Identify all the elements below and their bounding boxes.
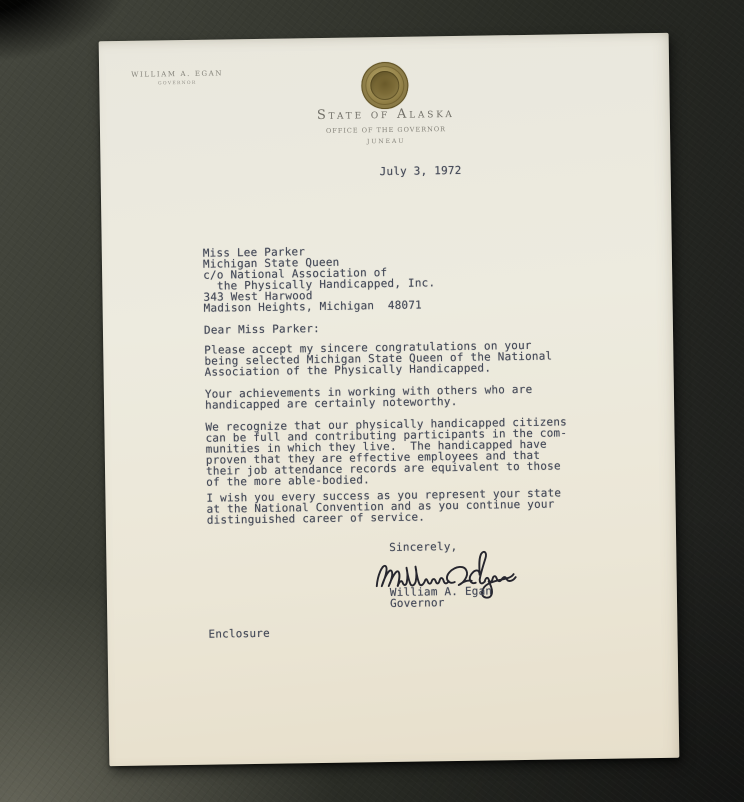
enclosure-note: Enclosure	[208, 628, 270, 640]
letter-paper: WILLIAM A. EGAN GOVERNOR State of Alaska…	[99, 33, 680, 766]
letter-date: July 3, 1972	[380, 165, 462, 177]
sender-name: WILLIAM A. EGAN	[117, 69, 237, 79]
body-paragraph-4: I wish you every success as you represen…	[206, 487, 561, 525]
org-name: State of Alaska	[265, 105, 507, 124]
body-paragraph-2: Your achievements in working with others…	[205, 384, 533, 411]
photo-dark-table-surface: WILLIAM A. EGAN GOVERNOR State of Alaska…	[0, 0, 744, 802]
body-paragraph-1: Please accept my sincere congratulations…	[204, 340, 552, 378]
city-line: Juneau	[265, 136, 507, 147]
typed-signature-title: Governor	[390, 597, 445, 609]
sender-title: GOVERNOR	[117, 80, 237, 87]
recipient-address: Miss Lee Parker Michigan State Queen c/o…	[203, 244, 436, 313]
letterhead-org-block: State of Alaska Office of the Governor J…	[265, 105, 508, 147]
salutation: Dear Miss Parker:	[204, 323, 320, 336]
letterhead-sender-block: WILLIAM A. EGAN GOVERNOR	[117, 69, 237, 87]
office-line: Office of the Governor	[265, 124, 507, 136]
body-paragraph-3: We recognize that our physically handica…	[205, 416, 568, 487]
alaska-state-seal-icon	[361, 62, 409, 110]
